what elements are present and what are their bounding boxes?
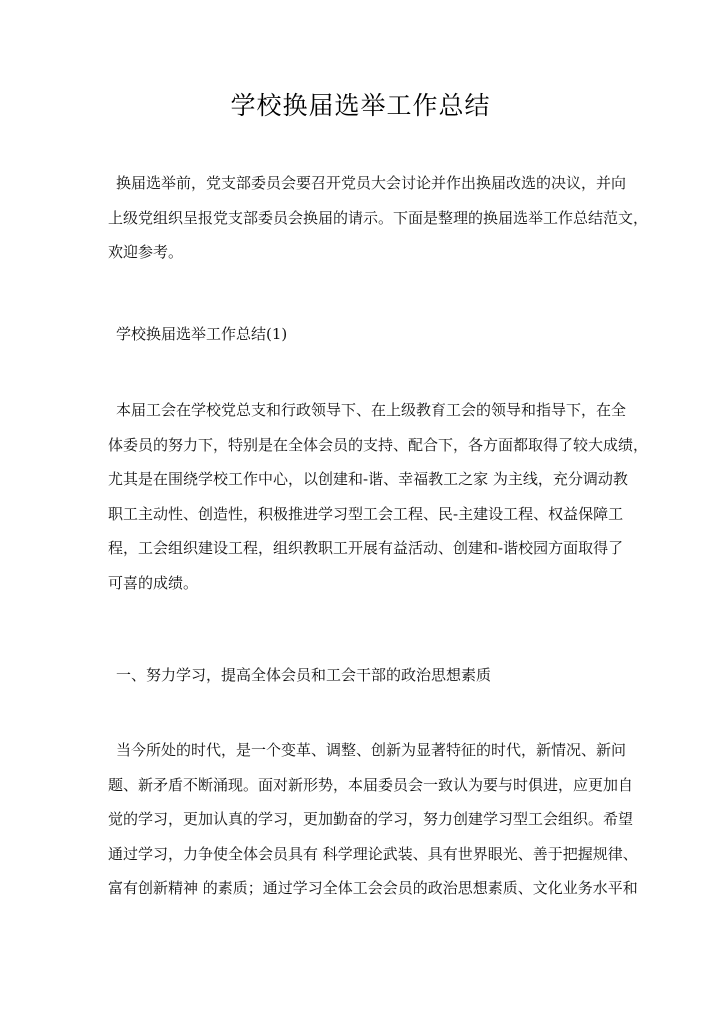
p1-line-6: 可喜的成绩。 [108,566,620,601]
p2-line-3: 觉的学习，更加认真的学习，更加勤奋的学习，努力创建学习型工会组织。希望 [108,802,620,837]
p1-line-1: 本届工会在学校党总支和行政领导下、在上级教育工会的领导和指导下，在全 [108,393,620,428]
section-heading-text: 学校换届选举工作总结(1) [116,325,287,343]
intro-line-3: 欢迎参考。 [108,235,620,270]
section-heading: 学校换届选举工作总结(1) [108,317,620,352]
p1-line-2: 体委员的努力下，特别是在全体会员的支持、配合下，各方面都取得了较大成绩， [108,428,620,463]
paragraph-1: 本届工会在学校党总支和行政领导下、在上级教育工会的领导和指导下，在全 体委员的努… [108,393,620,601]
document-page: 学校换届选举工作总结 换届选举前，党支部委员会要召开党员大会讨论并作出换届改选的… [0,0,721,1020]
subheading-1-text: 一、努力学习，提高全体会员和工会干部的政治思想素质 [116,666,491,684]
document-title: 学校换届选举工作总结 [0,88,721,124]
intro-line-1: 换届选举前，党支部委员会要召开党员大会讨论并作出换届改选的决议，并向 [108,166,620,201]
p2-line-5: 富有创新精神 的素质；通过学习全体工会会员的政治思想素质、文化业务水平和 [108,871,620,906]
p2-line-2: 题、新矛盾不断涌现。面对新形势，本届委员会一致认为要与时俱进，应更加自 [108,768,620,803]
intro-paragraph: 换届选举前，党支部委员会要召开党员大会讨论并作出换届改选的决议，并向 上级党组织… [108,166,620,270]
p1-line-3: 尤其是在围绕学校工作中心，以创建和-谐、幸福教工之家 为主线，充分调动教 [108,462,620,497]
p1-line-4: 职工主动性、创造性，积极推进学习型工会工程、民-主建设工程、权益保障工 [108,497,620,532]
subheading-1: 一、努力学习，提高全体会员和工会干部的政治思想素质 [108,658,620,693]
paragraph-2: 当今所处的时代，是一个变革、调整、创新为显著特征的时代，新情况、新问 题、新矛盾… [108,733,620,906]
intro-line-2: 上级党组织呈报党支部委员会换届的请示。下面是整理的换届选举工作总结范文， [108,201,620,236]
p2-line-4: 通过学习，力争使全体会员具有 科学理论武装、具有世界眼光、善于把握规律、 [108,837,620,872]
p2-line-1: 当今所处的时代，是一个变革、调整、创新为显著特征的时代，新情况、新问 [108,733,620,768]
p1-line-5: 程，工会组织建设工程，组织教职工开展有益活动、创建和-谐校园方面取得了 [108,531,620,566]
